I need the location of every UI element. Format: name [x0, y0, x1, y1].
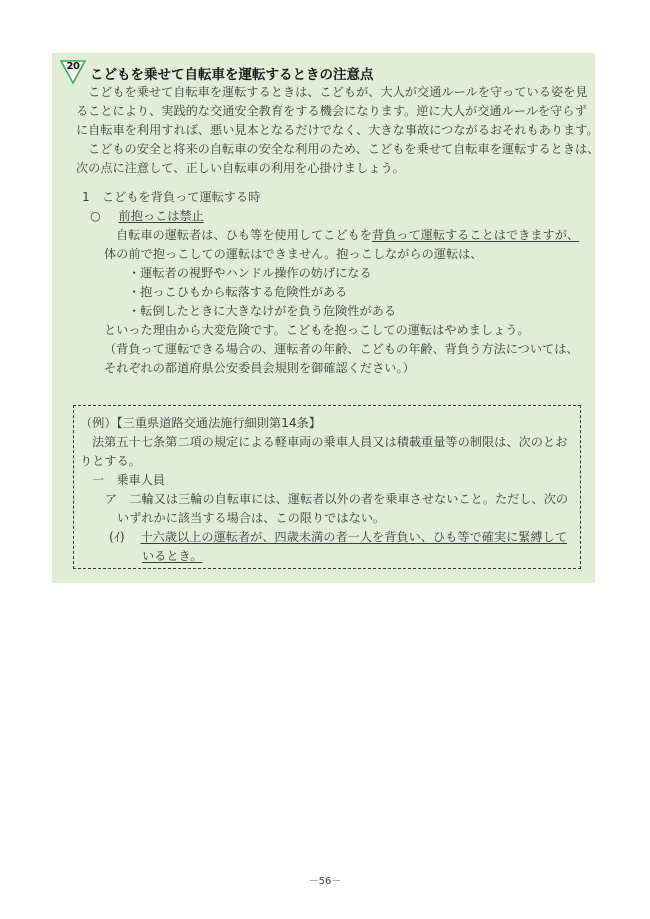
example-box: （例）【三重県道路交通法施行細則第14条】 法第五十七条第二項の規定による軽車両… [73, 405, 581, 569]
example-line-6-text: 十六歳以上の運転者が、四歳未満の者一人を背負い、ひも等で確実に緊縛して [140, 530, 567, 544]
bullet-1: ・運転者の視野やハンドル操作の妨げになる [128, 264, 372, 282]
item1-note-2: それぞれの都道府県公安委員会規則を御確認ください。） [104, 359, 415, 377]
example-line-1: 法第五十七条第二項の規定による軽車両の乗車人員又は積載重量等の制限は、次のとお [92, 433, 567, 451]
example-heading: （例）【三重県道路交通法施行細則第14条】 [80, 414, 321, 432]
intro-line-4: こどもの安全と将来の自転車の安全な利用のため、こどもを乗せて自転車を運転するとき… [88, 140, 599, 158]
section-title: こどもを乗せて自転車を運転するときの注意点 [90, 63, 374, 83]
item1-para1-text: 自転車の運転者は、ひも等を使用してこどもを [116, 228, 372, 242]
example-line-6: (ｲ) 十六歳以上の運転者が、四歳未満の者一人を背負い、ひも等で確実に緊縛して [109, 528, 567, 546]
intro-line-2: ることにより、実践的な交通安全教育をする機会になります。逆に大人が交通ルールを守… [76, 102, 587, 120]
example-line-7-text: いるとき。 [142, 549, 202, 563]
item1-note-1: （背負って運転できる場合の、運転者の年齢、こどもの年齢、背負う方法については、 [104, 340, 579, 358]
section-number: 20 [60, 61, 86, 72]
item1-subheading: 前抱っこは禁止 [119, 209, 204, 223]
item1-para1: 自転車の運転者は、ひも等を使用してこどもを背負って運転することはできますが、 [116, 226, 579, 244]
intro-line-1: こどもを乗せて自転車を運転するときは、こどもが、大人が交通ルールを守っている姿を… [88, 83, 587, 101]
item1-para2: 体の前で抱っこしての運転はできません。抱っこしながらの運転は、 [104, 245, 483, 263]
example-line-3: 一 乗車人員 [92, 471, 165, 489]
example-line-6-marker: (ｲ) [109, 530, 125, 544]
bullet-3: ・転倒したときに大きなけがを負う危険性がある [128, 302, 396, 320]
example-line-5: いずれかに該当する場合は、この限りではない。 [117, 509, 385, 527]
intro-line-5: 次の点に注意して、正しい自転車の利用を心掛けましょう。 [76, 159, 405, 177]
item1-subheading-row: ○ 前抱っこは禁止 [90, 207, 204, 225]
example-line-4: ア 二輪又は三輪の自転車には、運転者以外の者を乗車させないこと。ただし、次の [105, 490, 568, 508]
item1-conclusion: といった理由から大変危険です。こどもを抱っこしての運転はやめましょう。 [104, 321, 530, 339]
page-number: －56－ [0, 872, 650, 887]
section-panel: 20 こどもを乗せて自転車を運転するときの注意点 こどもを乗せて自転車を運転する… [52, 53, 595, 583]
section-number-badge: 20 [60, 59, 86, 85]
example-line-2: りとする。 [80, 452, 141, 470]
circle-marker: ○ [90, 209, 101, 223]
bullet-2: ・抱っこひもから転落する危険性がある [128, 283, 347, 301]
item1-heading: 1 こどもを背負って運転する時 [82, 188, 260, 206]
item1-para1-underlined: 背負って運転することはできますが、 [372, 228, 579, 242]
intro-line-3: に自転車を利用すれば、悪い見本となるだけでなく、大きな事故につながるおそれもあり… [76, 121, 599, 139]
example-line-7: いるとき。 [142, 547, 202, 565]
